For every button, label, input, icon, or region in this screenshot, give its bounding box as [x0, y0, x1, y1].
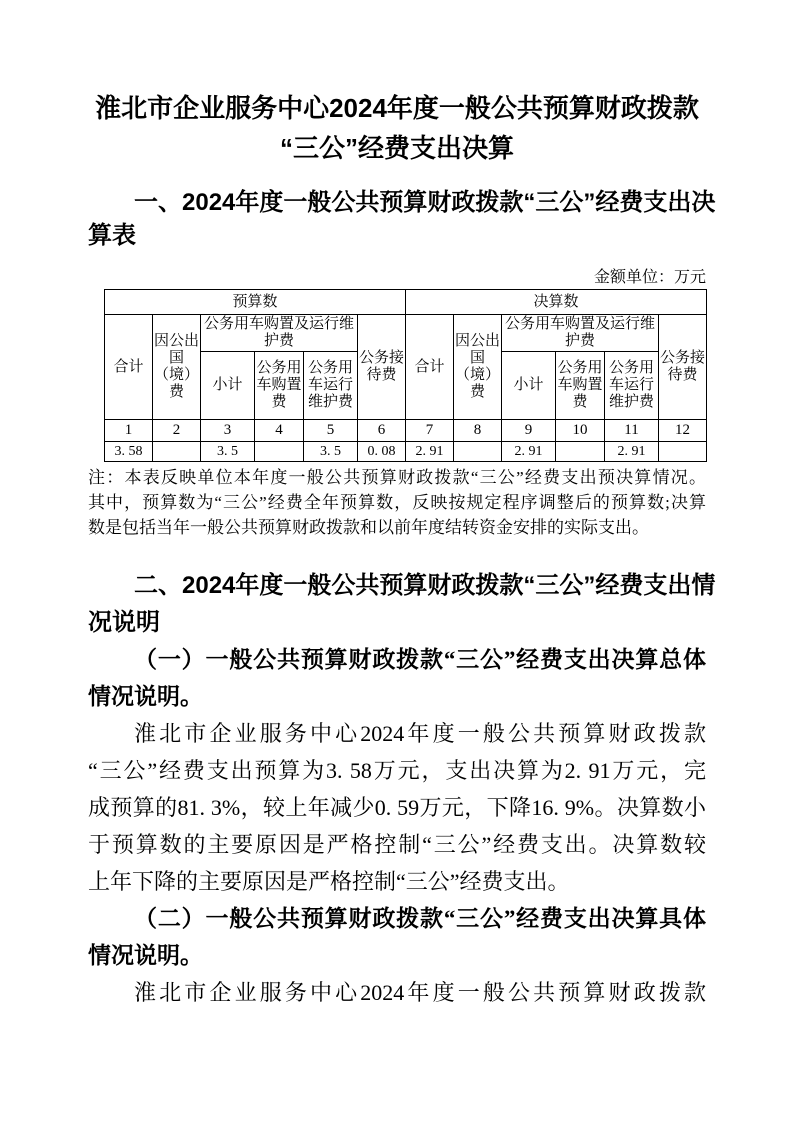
col-number: 2 — [153, 420, 201, 442]
budget-maintenance-header: 公务用车运行维护费 — [304, 352, 358, 420]
document-title: 淮北市企业服务中心2024年度一般公共预算财政拨款 “三公”经费支出决算 — [88, 88, 706, 168]
final-maintenance-header: 公务用车运行维护费 — [605, 352, 659, 420]
subsection1-heading-line-1: （一）一般公共预算财政拨款“三公”经费支出决算总体 — [88, 641, 706, 678]
budget-group-header: 预算数 — [105, 290, 406, 315]
section2-heading-line-2: 况说明 — [88, 604, 706, 641]
footnote-line-2: 其中，预算数为“三公”经费全年预算数，反映按规定程序调整后的预算数;决算 — [88, 490, 706, 515]
section1-heading-line-2: 算表 — [88, 219, 706, 252]
value-budget-reception: 0. 08 — [358, 442, 406, 462]
table-group-header-row: 预算数 决算数 — [105, 290, 707, 315]
col-number: 10 — [556, 420, 605, 442]
col-number: 3 — [201, 420, 255, 442]
section1-heading: 一、2024年度一般公共预算财政拨款“三公”经费支出决 算表 — [88, 186, 706, 252]
paragraph1-line-4: 于预算数的主要原因是严格控制“三公”经费支出。决算数较 — [88, 826, 706, 863]
final-purchase-header: 公务用车购置费 — [556, 352, 605, 420]
budget-total-header: 合计 — [105, 315, 153, 420]
col-number: 9 — [502, 420, 556, 442]
value-budget-maintenance: 3. 5 — [304, 442, 358, 462]
col-number: 12 — [659, 420, 707, 442]
col-number: 11 — [605, 420, 659, 442]
amount-unit-label: 金额单位：万元 — [88, 264, 706, 287]
value-budget-subtotal: 3. 5 — [201, 442, 255, 462]
final-total-header: 合计 — [406, 315, 454, 420]
col-number: 5 — [304, 420, 358, 442]
value-final-purchase — [556, 442, 605, 462]
table-value-row: 3. 58 3. 5 3. 5 0. 08 2. 91 2. 91 2. 91 — [105, 442, 707, 462]
col-number: 4 — [255, 420, 304, 442]
budget-abroad-header: 因公出国（境）费 — [153, 315, 201, 420]
subsection2-heading-line-2: 情况说明。 — [88, 937, 706, 974]
budget-vehicle-group-header: 公务用车购置及运行维护费 — [201, 315, 358, 352]
table-header-row-1: 合计 因公出国（境）费 公务用车购置及运行维护费 公务接待费 合计 因公出国（境… — [105, 315, 707, 352]
budget-reception-header: 公务接待费 — [358, 315, 406, 420]
col-number: 8 — [454, 420, 502, 442]
budget-subtotal-header: 小计 — [201, 352, 255, 420]
document-content: 淮北市企业服务中心2024年度一般公共预算财政拨款 “三公”经费支出决算 一、2… — [0, 0, 794, 1011]
subsection2-heading-line-1: （二）一般公共预算财政拨款“三公”经费支出决算具体 — [88, 900, 706, 937]
subsection1-heading-line-2: 情况说明。 — [88, 678, 706, 715]
final-abroad-header: 因公出国（境）费 — [454, 315, 502, 420]
col-number: 7 — [406, 420, 454, 442]
value-final-abroad — [454, 442, 502, 462]
paragraph1-line-1: 淮北市企业服务中心2024年度一般公共预算财政拨款 — [88, 715, 706, 752]
paragraph1-line-5: 上年下降的主要原因是严格控制“三公”经费支出。 — [88, 863, 706, 900]
final-reception-header: 公务接待费 — [659, 315, 707, 420]
col-number: 1 — [105, 420, 153, 442]
value-budget-purchase — [255, 442, 304, 462]
value-final-total: 2. 91 — [406, 442, 454, 462]
section2: 二、2024年度一般公共预算财政拨款“三公”经费支出情 况说明 （一）一般公共预… — [88, 567, 706, 1011]
title-line-2: “三公”经费支出决算 — [88, 128, 706, 168]
value-budget-total: 3. 58 — [105, 442, 153, 462]
table-column-number-row: 1 2 3 4 5 6 7 8 9 10 11 12 — [105, 420, 707, 442]
section1-heading-line-1: 一、2024年度一般公共预算财政拨款“三公”经费支出决 — [88, 186, 706, 219]
footnote-line-3: 数是包括当年一般公共预算财政拨款和以前年度结转资金安排的实际支出。 — [88, 515, 706, 540]
final-subtotal-header: 小计 — [502, 352, 556, 420]
section2-heading-line-1: 二、2024年度一般公共预算财政拨款“三公”经费支出情 — [88, 567, 706, 604]
value-final-subtotal: 2. 91 — [502, 442, 556, 462]
value-budget-abroad — [153, 442, 201, 462]
final-vehicle-group-header: 公务用车购置及运行维护费 — [502, 315, 659, 352]
paragraph1-line-2: “三公”经费支出预算为3. 58万元，支出决算为2. 91万元，完 — [88, 752, 706, 789]
footnote-line-1: 注：本表反映单位本年度一般公共预算财政拨款“三公”经费支出预决算情况。 — [88, 465, 706, 490]
paragraph1-line-3: 成预算的81. 3%，较上年减少0. 59万元，下降16. 9%。决算数小 — [88, 789, 706, 826]
sangong-expense-table: 预算数 决算数 合计 因公出国（境）费 公务用车购置及运行维护费 公务接待费 合… — [104, 289, 707, 462]
value-final-maintenance: 2. 91 — [605, 442, 659, 462]
budget-purchase-header: 公务用车购置费 — [255, 352, 304, 420]
paragraph2-line-1: 淮北市企业服务中心2024年度一般公共预算财政拨款 — [88, 974, 706, 1011]
title-line-1: 淮北市企业服务中心2024年度一般公共预算财政拨款 — [88, 88, 706, 128]
value-final-reception — [659, 442, 707, 462]
table-footnote: 注：本表反映单位本年度一般公共预算财政拨款“三公”经费支出预决算情况。 其中，预… — [88, 465, 706, 540]
final-group-header: 决算数 — [406, 290, 707, 315]
col-number: 6 — [358, 420, 406, 442]
document-page: 淮北市企业服务中心2024年度一般公共预算财政拨款 “三公”经费支出决算 一、2… — [0, 0, 794, 1122]
